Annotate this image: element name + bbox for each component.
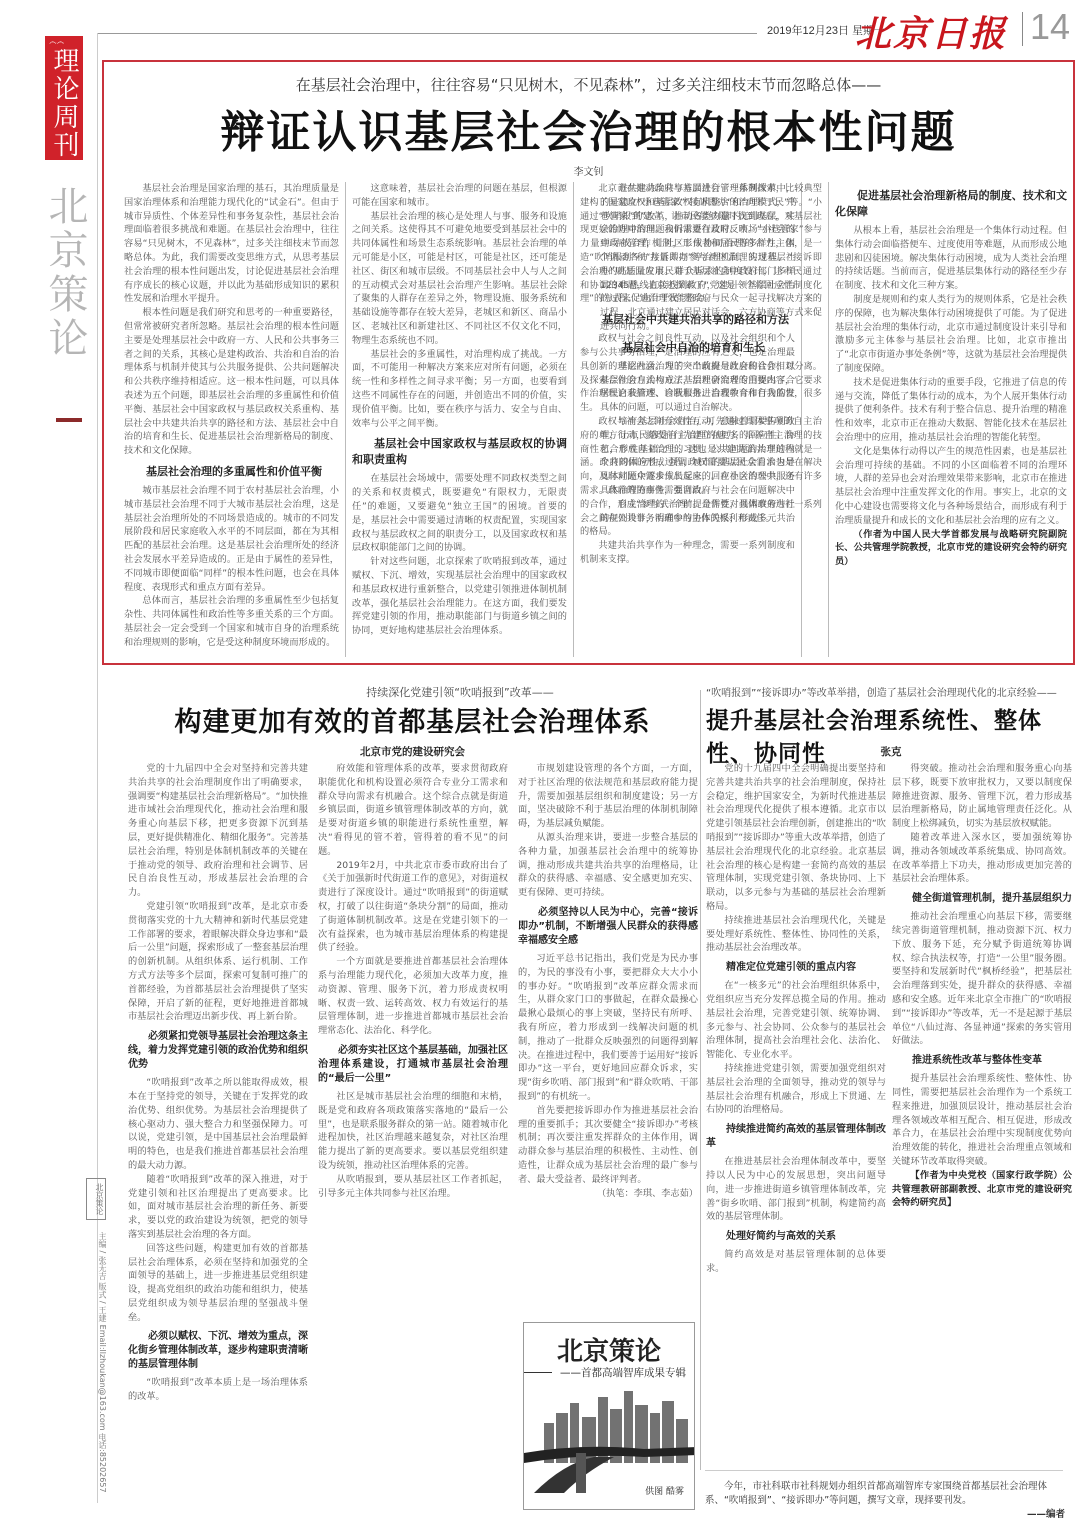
- paragraph: 随着“吹哨报到”改革的深入推进，对于党建引领和社区治理提出了更高要求。比如，面对…: [128, 1173, 308, 1242]
- article3-column-2: 得突破。推动社会治理和服务重心向基层下移，既要下放审批权力，又要以制度保障推进资…: [892, 762, 1072, 1462]
- paragraph: 2019年2月，中共北京市委市政府出台了《关于加强新时代街道工作的意见》，对街道…: [318, 859, 508, 956]
- column-divider: [573, 182, 574, 657]
- paragraph: 市规划建设管理的各个方面，一方面，对于社区治理的依法规范和基层政府能力提升，需要…: [518, 762, 698, 831]
- paragraph: 党的十九届四中全会对坚持和完善共建共治共享的社会治理制度作出了明确要求，强调要“…: [128, 762, 308, 900]
- paragraph: 党的十九届四中全会明确提出要坚持和完善共建共治共享的社会治理制度，保持社会稳定，…: [706, 762, 886, 914]
- paragraph: “吹哨报到”改革之所以能取得成效，根本在于坚持党的领导，关键在于发挥党的政治优势…: [128, 1076, 308, 1173]
- paragraph: 基层社会的多重属性，对治理构成了挑战。一方面，不可能用一种解决方案来应对所有问题…: [352, 348, 567, 431]
- paragraph: 根本性问题是我们研究和思考的一种重要路径，但常常被研究者所忽略。基层社会治理的根…: [124, 306, 339, 458]
- article2-kicker: 持续深化党建引领“吹哨报到”改革——: [220, 684, 700, 700]
- section-heading: 基层社会中国家政权与基层政权的协调和职责重构: [352, 436, 567, 468]
- column-promo-illustration: 北京策论 ——首都高端智库成果专辑 供图 酷雾: [523, 1322, 695, 1510]
- paragraph: 府效能和管理体系的改革，要求贯彻政府职能优化和机构设置必须符合专业分工需求和群众…: [318, 762, 508, 859]
- paragraph: 党建引领“吹哨报到”改革，是北京市委贯彻落实党的十九大精神和新时代基层党建工作部…: [128, 900, 308, 1024]
- section-heading: 基层社会中自治的培育和生长: [600, 340, 822, 356]
- paragraph: 针对这些问题，北京探索了吹哨报到改革，通过赋权、下沉、增效，实现基层社会治理中的…: [352, 555, 567, 638]
- article2-signoff: （执笔：李琪、李志茹）: [518, 1187, 698, 1201]
- lead-column-4: 进共建共治共享方面进行了一系列探索，比较典型的是建立“小巷管家”“接诉即办”和“…: [600, 182, 822, 662]
- paragraph: 一个方面就是要推进首都基层社会治理体系与治理能力现代化，必须加大改革力度，推动资…: [318, 955, 508, 1038]
- section-heading: 必须以赋权、下沉、增效为重点，深化街乡管理体制改革，逐步构建职责清晰的基层管理体…: [128, 1330, 308, 1372]
- article-divider: [700, 690, 701, 1470]
- paragraph: 这意味着，基层社会治理的问题在基层，但根源可能在国家和城市。: [352, 182, 567, 210]
- section-tag: ෴෴ 理论周刊: [45, 36, 83, 160]
- paragraph: 进共建共治共享方面进行了一系列探索，比较典型的是建立“小巷管家”“接诉即办”和“…: [600, 182, 822, 334]
- article3-kicker: “吹哨报到”“接诉即办”等改革举措，创造了基层社会治理现代化的北京经验——: [706, 684, 1076, 699]
- paragraph: 随着改革进入深水区，要加强统筹协调，推动各领域改革系统集成、协同高效。在改革举措…: [892, 831, 1072, 886]
- city-skyline-icon: [524, 1383, 695, 1493]
- column-divider: [828, 182, 829, 657]
- paragraph: 基层社会治理的一个前提是政府和社会相对分离。基层社会自治构成了基层社会治理的重要…: [600, 360, 822, 415]
- promo-subtitle: ——首都高端智库成果专辑: [560, 1365, 686, 1380]
- paragraph: 培育基层社会自治，可先通过具体事项的自主治理，让市民感受自主治理的魅力，培养自主…: [600, 415, 822, 498]
- section-heading: 必须紧扣党领导基层社会治理这条主线，着力发挥党建引领的政治优势和组织优势: [128, 1030, 308, 1072]
- lead-column-5: 促进基层社会治理新格局的制度、技术和文化保障 从根本上看，基层社会治理是一个集体…: [835, 182, 1067, 662]
- paragraph: 技术是促进集体行动的重要手段，它推进了信息的传递与交流，降低了集体行动的成本，为…: [835, 376, 1067, 445]
- lead-column-2: 这意味着，基层社会治理的问题在基层，但根源可能在国家和城市。 基层社会治理的核心…: [352, 182, 567, 662]
- promo-title: 北京策论: [524, 1331, 694, 1368]
- section-tag-label: 理论周刊: [50, 47, 78, 159]
- sidebar-accent-bar: [56, 418, 82, 422]
- paragraph: “吹哨报到”改革本质上是一场治理体系的改革。: [128, 1376, 308, 1404]
- section-heading: 精准定位党建引领的重点内容: [706, 961, 886, 975]
- editor-note: 今年，市社科联市社科规划办组织首都高端智库专家围绕首都基层社会治理体系、“吹哨报…: [705, 1480, 1065, 1518]
- article3-author: 张克: [706, 744, 1076, 759]
- editor-credits: 主编 / 张无吉 版式 / 王建 Email:llzhoukan@163.com…: [97, 1232, 108, 1493]
- editor-note-signature: ——编者: [705, 1508, 1065, 1518]
- column-seal: 北京策论: [86, 1178, 106, 1220]
- page-number: 14: [1030, 6, 1070, 48]
- paragraph: 首先要把接诉即办作为推进基层社会治理的重要抓手；其次要健全“接诉即办”考核机制；…: [518, 1104, 698, 1187]
- article2-author: 北京市党的建设研究会: [130, 744, 695, 759]
- article2-column-1: 党的十九届四中全会对坚持和完善共建共治共享的社会治理制度作出了明确要求，强调要“…: [128, 762, 308, 1518]
- paragraph: 得突破。推动社会治理和服务重心向基层下移，既要下放审批权力，又要以制度保障推进资…: [892, 762, 1072, 831]
- section-heading: 促进基层社会治理新格局的制度、技术和文化保障: [835, 188, 1067, 220]
- article2-column-3: 市规划建设管理的各个方面，一方面，对于社区治理的依法规范和基层政府能力提升，需要…: [518, 762, 698, 1314]
- paragraph: 简约高效是对基层管理体制的总体要求。: [706, 1248, 886, 1276]
- author-bio: （作者为中国人民大学首都发展与战略研究院副院长、公共管理学院教授，北京市党的建设…: [835, 528, 1067, 569]
- section-heading: 处理好简约与高效的关系: [706, 1230, 886, 1244]
- lead-headline: 辩证认识基层社会治理的根本性问题: [104, 96, 1073, 160]
- paragraph: 从根本上看，基层社会治理是一个集体行动过程。但集体行动会面临搭便车、过度使用等难…: [835, 224, 1067, 293]
- paragraph: 制度是规则和约束人类行为的规则体系，它是社会秩序的保障，也为解决集体行动困境提供…: [835, 293, 1067, 376]
- section-heading: 基层社会治理的多重属性和价值平衡: [124, 464, 339, 480]
- paragraph: 持续推进基层社会治理现代化，关键是要处理好系统性、整体性、协同性的关系，推动基层…: [706, 914, 886, 955]
- section-heading: 持续推进简约高效的基层管理体制改革: [706, 1123, 886, 1151]
- paragraph: 基层社会治理是国家治理的基石，其治理质量是国家治理体系和治理能力现代化的“试金石…: [124, 182, 339, 306]
- paragraph: 从源头治理来讲，要进一步整合基层的各种力量，加强基层社会治理中的统筹协调，推动形…: [518, 831, 698, 900]
- paragraph: 社区是城市基层社会治理的细胞和末梢，既是党和政府各项政策落实落地的“最后一公里”…: [318, 1090, 508, 1173]
- section-heading: 健全街道管理机制，提升基层组织力: [892, 892, 1072, 906]
- column-divider: [345, 182, 346, 657]
- paragraph: 从吹哨报到，要从基层社区工作者抓起，引导多元主体共同参与社区治理。: [318, 1173, 508, 1201]
- paragraph: 在基层社会场域中，需要处理不同政权类型之间的关系和权责模式，既要避免“有限权力，…: [352, 472, 567, 555]
- editor-note-text: 今年，市社科联市社科规划办组织首都高端智库专家围绕首都基层社会治理体系、“吹哨报…: [705, 1480, 1065, 1508]
- paragraph: 城市基层社会治理不同于农村基层社会治理，小城市基层社会治理不同于大城市基层社会治…: [124, 484, 339, 594]
- paragraph: 自主治理的一个前提是需要对具体事务进行一系列的规则设计，明确参与主体的权利和责任…: [600, 498, 822, 526]
- paragraph: 在“一核多元”的社会治理组织体系中，党组织应当充分发挥总揽全局的作用。推动基层社…: [706, 979, 886, 1062]
- article3-column-1: 党的十九届四中全会明确提出要坚持和完善共建共治共享的社会治理制度，保持社会稳定，…: [706, 762, 886, 1462]
- note-divider: [705, 1470, 1063, 1471]
- section-heading: 必须夯实社区这个基层基础，加强社区治理体系建设，打通城市基层社会治理的“最后一公…: [318, 1044, 508, 1086]
- article2-column-2: 府效能和管理体系的改革，要求贯彻政府职能优化和机构设置必须符合专业分工需求和群众…: [318, 762, 508, 1518]
- lead-kicker: 在基层社会治理中，往往容易“只见树木，不见森林”，过多关注细枝末节而忽略总体——: [104, 74, 1073, 95]
- lead-author: 李文钊: [104, 163, 1073, 178]
- masthead-logo: 北京日报: [855, 6, 1007, 57]
- section-heading: 必须坚持以人民为中心，完善“接诉即办”机制，不断增强人民群众的获得感幸福感安全感: [518, 906, 698, 948]
- cloud-ornament-icon: ෴෴: [49, 38, 64, 46]
- author-bio: 【作者为中央党校（国家行政学院）公共管理教研部副教授、北京市党的建设研究会特约研…: [892, 1169, 1072, 1210]
- promo-dash: [524, 1372, 552, 1373]
- section-heading: 推进系统性改革与整体性变革: [892, 1054, 1072, 1068]
- masthead-divider: [1022, 12, 1023, 46]
- paragraph: 基层社会治理的核心是处理人与事、服务和设施之间关系。这使得其不可避免地要受到基层…: [352, 210, 567, 348]
- paragraph: 提升基层社会治理系统性、整体性、协同性，需要把基层社会治理作为一个系统工程来推进…: [892, 1072, 1072, 1169]
- header-rule: [97, 33, 757, 34]
- paragraph: 持续推进党建引领，需要加强党组织对基层社会治理的全面领导，推动党的领导与基层社会…: [706, 1062, 886, 1117]
- paragraph: 在推进基层社会治理体制改革中，要坚持以人民为中心的发展思想，突出问题导向，进一步…: [706, 1155, 886, 1224]
- lead-column-1: 基层社会治理是国家治理的基石，其治理质量是国家治理体系和治理能力现代化的“试金石…: [124, 182, 339, 662]
- promo-credit: 供图 酷雾: [645, 1484, 684, 1497]
- article2-headline: 构建更加有效的首都基层社会治理体系: [130, 700, 695, 739]
- paragraph: 回答这些问题，构建更加有效的首都基层社会治理体系，必须在坚持和加强党的全面领导的…: [128, 1242, 308, 1325]
- paragraph: 习近平总书记指出，我们党是为民办事的，为民的事没有小事，要把群众大大小小的事办好…: [518, 952, 698, 1104]
- paragraph: 推动社会治理重心向基层下移，需要继续完善街道管理机制，推动资源下沉、权力下放、服…: [892, 910, 1072, 1048]
- paragraph: 文化是集体行动得以产生的规范性因素，也是基层社会治理可持续的基础。不同的小区面临…: [835, 445, 1067, 528]
- page-header: 2019年12月23日 星期一 北京日报 14: [0, 0, 1080, 56]
- paragraph: 总体而言，基层社会治理的多重属性至少包括复杂性、共同体属性和政治性等多重关系的三…: [124, 594, 339, 649]
- column-title: 北京策论: [40, 185, 88, 361]
